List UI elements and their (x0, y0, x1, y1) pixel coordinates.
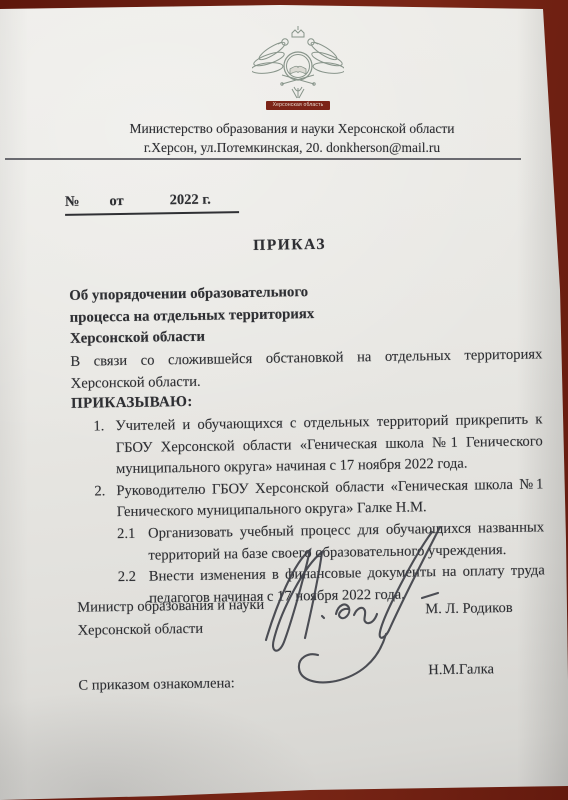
number-sign: № (65, 194, 80, 211)
preamble-paragraph: В связи со сложившейся обстановкой на от… (70, 343, 543, 394)
from-label: от (109, 193, 123, 210)
acknowledger-name: Н.М.Галка (428, 661, 494, 679)
document-paper: Херсонская область Министерство образова… (0, 0, 568, 800)
order-item: 1. Учителей и обучающихся с отдельных те… (93, 409, 543, 481)
minister-title-line: Херсонской области (77, 616, 264, 641)
order-subitem: 2.1 Организовать учебный процесс для обу… (117, 517, 545, 567)
item-text: Учителей и обучающихся с отдельных терри… (115, 409, 543, 480)
resolve-heading: ПРИКАЗЫВАЮ: (71, 394, 193, 413)
year-label: 2022 г. (170, 192, 211, 210)
order-item: 2. Руководителю ГБОУ Херсонской области … (94, 474, 544, 524)
order-items-list: 1. Учителей и обучающихся с отдельных те… (93, 409, 545, 610)
minister-name: М. Л. Родиков (425, 600, 513, 618)
document-title: ПРИКАЗ (3, 232, 568, 259)
acknowledgement-label: С приказом ознакомлена: (78, 675, 235, 694)
document-number-line: № от 2022 г. (65, 191, 239, 216)
minister-title: Министр образования и науки Херсонской о… (77, 594, 265, 642)
item-number: 1. (93, 416, 116, 481)
minister-title-line: Министр образования и науки (77, 594, 264, 619)
item-text: Организовать учебный процесс для обучающ… (148, 517, 545, 566)
item-number: 2. (94, 481, 117, 525)
item-number: 2.1 (117, 524, 149, 568)
document-subject: Об упорядочении образовательного процесс… (69, 281, 400, 351)
item-text: Руководителю ГБОУ Херсонской области «Ге… (116, 474, 544, 524)
